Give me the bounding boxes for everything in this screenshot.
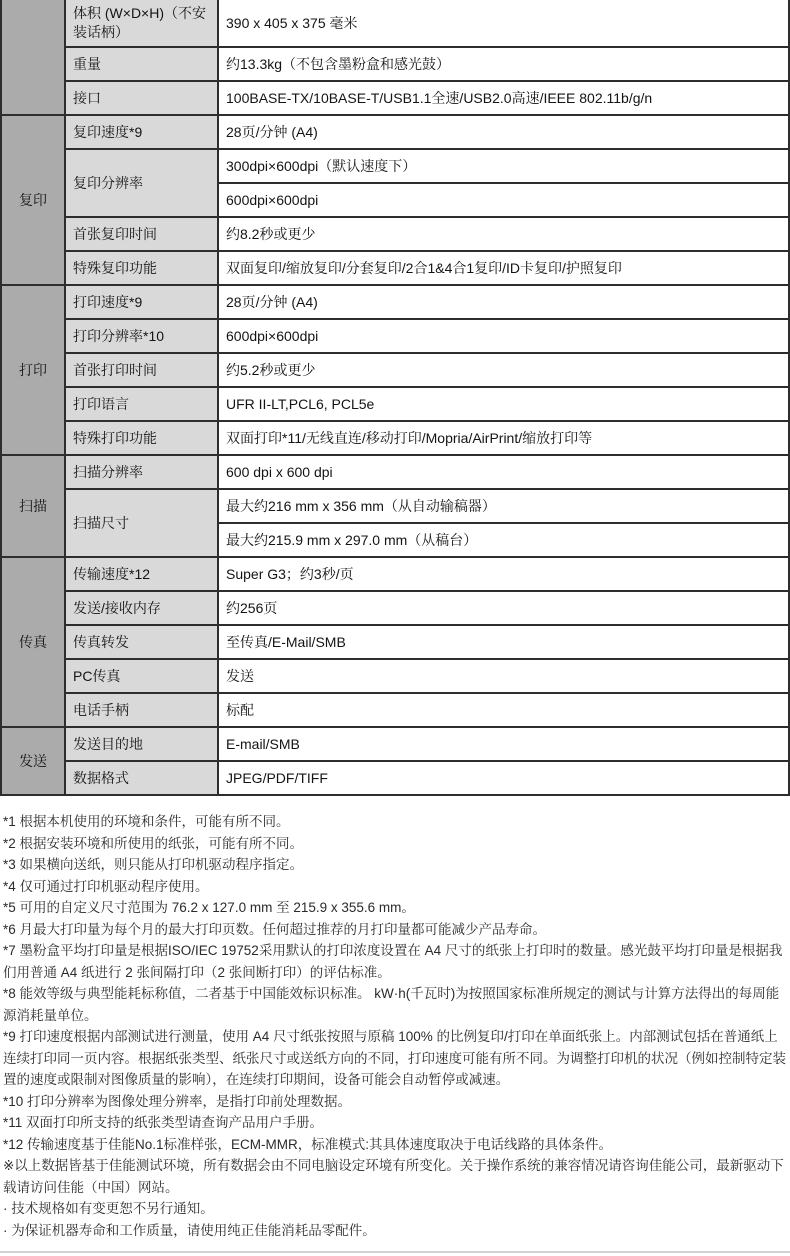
spec-label-cell: 扫描尺寸 [65,489,218,557]
footnote-line: *4 仅可通过打印机驱动程序使用。 [3,876,786,898]
category-cell [1,0,65,115]
spec-value-cell: 最大约216 mm x 356 mm（从自动输稿器） [218,489,789,523]
table-row: 打印语言UFR II-LT,PCL6, PCL5e [1,387,789,421]
table-row: PC传真发送 [1,659,789,693]
spec-label-cell: 首张复印时间 [65,217,218,251]
spec-value-cell: Super G3；约3秒/页 [218,557,789,591]
spec-value-cell: 28页/分钟 (A4) [218,115,789,149]
spec-label-cell: 特殊打印功能 [65,421,218,455]
table-row: 扫描扫描分辨率600 dpi x 600 dpi [1,455,789,489]
footnote-line: *10 打印分辨率为图像处理分辨率，是指打印前处理数据。 [3,1091,786,1113]
category-cell: 传真 [1,557,65,727]
footnote-line: *1 根据本机使用的环境和条件，可能有所不同。 [3,811,786,833]
spec-label-cell: PC传真 [65,659,218,693]
footnote-line: *2 根据安装环境和所使用的纸张，可能有所不同。 [3,833,786,855]
table-row: 特殊打印功能双面打印*11/无线直连/移动打印/Mopria/AirPrint/… [1,421,789,455]
spec-label-cell: 打印速度*9 [65,285,218,319]
spec-value-cell: 约256页 [218,591,789,625]
footnote-line: · 为保证机器寿命和工作质量，请使用纯正佳能消耗品零配件。 [3,1220,786,1242]
spec-value-cell: 390 x 405 x 375 毫米 [218,0,789,47]
spec-label-cell: 打印语言 [65,387,218,421]
spec-value-cell: E-mail/SMB [218,727,789,761]
footnote-line: *12 传输速度基于佳能No.1标准样张，ECM-MMR，标准模式:其具体速度取… [3,1134,786,1156]
table-row: 接口100BASE-TX/10BASE-T/USB1.1全速/USB2.0高速/… [1,81,789,115]
spec-label-cell: 发送/接收内存 [65,591,218,625]
spec-value-cell: 100BASE-TX/10BASE-T/USB1.1全速/USB2.0高速/IE… [218,81,789,115]
footnote-line: *3 如果横向送纸，则只能从打印机驱动程序指定。 [3,854,786,876]
category-cell: 打印 [1,285,65,455]
spec-value-cell: JPEG/PDF/TIFF [218,761,789,795]
spec-label-cell: 首张打印时间 [65,353,218,387]
footnote-line: · 技术规格如有变更恕不另行通知。 [3,1198,786,1220]
spec-value-cell: 双面打印*11/无线直连/移动打印/Mopria/AirPrint/缩放打印等 [218,421,789,455]
table-row: 数据格式JPEG/PDF/TIFF [1,761,789,795]
footnote-line: ※以上数据皆基于佳能测试环境，所有数据会由不同电脑设定环境有所变化。关于操作系统… [3,1155,786,1198]
spec-value-cell: 标配 [218,693,789,727]
spec-value-cell: 约8.2秒或更少 [218,217,789,251]
spec-value-cell: 双面复印/缩放复印/分套复印/2合1&4合1复印/ID卡复印/护照复印 [218,251,789,285]
spec-label-cell: 重量 [65,47,218,81]
table-row: 传真转发至传真/E-Mail/SMB [1,625,789,659]
spec-value-cell: 600 dpi x 600 dpi [218,455,789,489]
table-row: 传真传输速度*12Super G3；约3秒/页 [1,557,789,591]
spec-value-cell: UFR II-LT,PCL6, PCL5e [218,387,789,421]
spec-label-cell: 数据格式 [65,761,218,795]
table-row: 发送发送目的地E-mail/SMB [1,727,789,761]
spec-label-cell: 扫描分辨率 [65,455,218,489]
spec-label-cell: 复印分辨率 [65,149,218,217]
spec-value-cell: 28页/分钟 (A4) [218,285,789,319]
spec-label-cell: 传真转发 [65,625,218,659]
spec-value-cell: 600dpi×600dpi [218,183,789,217]
spec-label-cell: 特殊复印功能 [65,251,218,285]
footnotes-section: *1 根据本机使用的环境和条件，可能有所不同。*2 根据安装环境和所使用的纸张，… [0,811,790,1241]
footnote-line: *9 打印速度根据内部测试进行测量，使用 A4 尺寸纸张按照与原稿 100% 的… [3,1026,786,1091]
table-row: 重量约13.3kg（不包含墨粉盒和感光鼓） [1,47,789,81]
spec-value-cell: 发送 [218,659,789,693]
footnote-line: *7 墨粉盒平均打印量是根据ISO/IEC 19752采用默认的打印浓度设置在 … [3,940,786,983]
spec-label-cell: 打印分辨率*10 [65,319,218,353]
table-row: 电话手柄标配 [1,693,789,727]
table-row: 发送/接收内存约256页 [1,591,789,625]
bottom-divider [0,1251,790,1256]
spec-label-cell: 体积 (W×D×H)（不安装话柄） [65,0,218,47]
spec-label-cell: 复印速度*9 [65,115,218,149]
table-row: 打印分辨率*10600dpi×600dpi [1,319,789,353]
footnote-line: *6 月最大打印量为每个月的最大打印页数。任何超过推荐的月打印量都可能减少产品寿… [3,919,786,941]
table-row: 首张打印时间约5.2秒或更少 [1,353,789,387]
table-row: 首张复印时间约8.2秒或更少 [1,217,789,251]
spec-value-cell: 最大约215.9 mm x 297.0 mm（从稿台） [218,523,789,557]
spec-label-cell: 传输速度*12 [65,557,218,591]
table-row: 打印打印速度*928页/分钟 (A4) [1,285,789,319]
category-cell: 扫描 [1,455,65,557]
spec-page: 体积 (W×D×H)（不安装话柄）390 x 405 x 375 毫米重量约13… [0,0,790,1256]
spec-table: 体积 (W×D×H)（不安装话柄）390 x 405 x 375 毫米重量约13… [0,0,790,796]
footnote-line: *5 可用的自定义尺寸范围为 76.2 x 127.0 mm 至 215.9 x… [3,897,786,919]
table-row: 复印分辨率300dpi×600dpi（默认速度下） [1,149,789,183]
footnote-line: *11 双面打印所支持的纸张类型请查询产品用户手册。 [3,1112,786,1134]
spec-value-cell: 约13.3kg（不包含墨粉盒和感光鼓） [218,47,789,81]
spec-value-cell: 600dpi×600dpi [218,319,789,353]
table-row: 特殊复印功能双面复印/缩放复印/分套复印/2合1&4合1复印/ID卡复印/护照复… [1,251,789,285]
category-cell: 复印 [1,115,65,285]
category-cell: 发送 [1,727,65,795]
spec-value-cell: 300dpi×600dpi（默认速度下） [218,149,789,183]
spec-value-cell: 至传真/E-Mail/SMB [218,625,789,659]
spec-label-cell: 发送目的地 [65,727,218,761]
table-row: 扫描尺寸最大约216 mm x 356 mm（从自动输稿器） [1,489,789,523]
table-row: 复印复印速度*928页/分钟 (A4) [1,115,789,149]
spec-label-cell: 接口 [65,81,218,115]
spec-label-cell: 电话手柄 [65,693,218,727]
spec-value-cell: 约5.2秒或更少 [218,353,789,387]
footnote-line: *8 能效等级与典型能耗标称值，二者基于中国能效标识标准。 kW·h(千瓦时)为… [3,983,786,1026]
table-row: 体积 (W×D×H)（不安装话柄）390 x 405 x 375 毫米 [1,0,789,47]
